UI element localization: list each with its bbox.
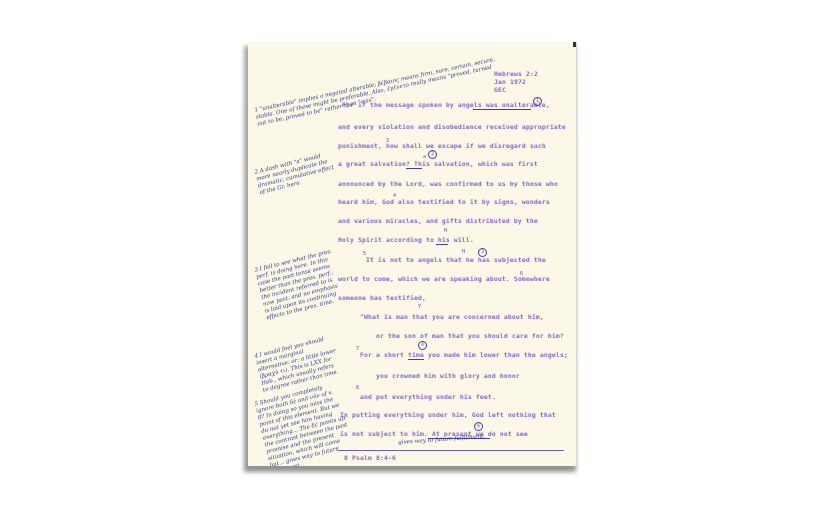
typed-line: and put everything under his feet. — [360, 393, 496, 401]
typed-line: and every violation and disobedience rec… — [338, 123, 566, 131]
footnote-rule — [338, 450, 564, 451]
typed-line: heard him, God also testified to it by s… — [338, 198, 550, 206]
underline — [436, 244, 448, 245]
underline — [473, 109, 531, 110]
circled-note-4: 4 — [418, 341, 427, 350]
verse-number: 8 — [356, 385, 359, 391]
typed-line: punishment, how shall we escape if we di… — [338, 142, 546, 150]
typed-line: It is not to angels that he has subjecte… — [366, 256, 546, 264]
margin-note-5: 5 Should you completely ignore both δέ a… — [254, 381, 356, 466]
typed-line: a great salvation? This salvation, which… — [338, 160, 538, 168]
circled-note-1: 1 — [533, 97, 542, 106]
typed-line: you crowned him with glory and honor — [376, 372, 520, 380]
margin-note-2: 2 A dash with "a" would more nearly dupl… — [254, 151, 336, 197]
typed-line: announced by the Lord, was confirmed to … — [338, 180, 558, 188]
y-mark: Y — [418, 304, 421, 310]
h-mark: H — [462, 249, 465, 255]
h-mark: H — [444, 228, 447, 234]
typed-line: or the son of man that you should care f… — [376, 332, 564, 340]
typed-line: someone has testified, — [338, 294, 426, 302]
typed-line: and various miracles, and gifts distribu… — [338, 217, 538, 225]
underline — [408, 359, 424, 360]
margin-note-1: 1 "unalterable" implies a negated altera… — [254, 56, 503, 129]
typed-line: Holy Spirit according to his will. — [338, 236, 474, 244]
header-date: Jan 1972 — [494, 78, 538, 86]
staple-mark — [573, 42, 576, 47]
circled-note-2: 2 — [428, 150, 437, 159]
margin-note-3: 3 I fail to see what the pres. perf. is … — [254, 249, 345, 323]
underline — [406, 168, 422, 169]
typed-line: "What is man that you are concerned abou… — [360, 313, 544, 321]
verse-number: 7 — [356, 346, 359, 352]
header-initials: GEC — [494, 86, 538, 94]
typed-line: For a short time you made him lower than… — [360, 351, 568, 359]
document-page: Hebrews 2:2 Jan 1972 GEC For if the mess… — [248, 42, 577, 466]
typed-line: world to come, which we are speaking abo… — [338, 275, 550, 283]
typed-line: In putting everything under him, God lef… — [340, 411, 556, 419]
